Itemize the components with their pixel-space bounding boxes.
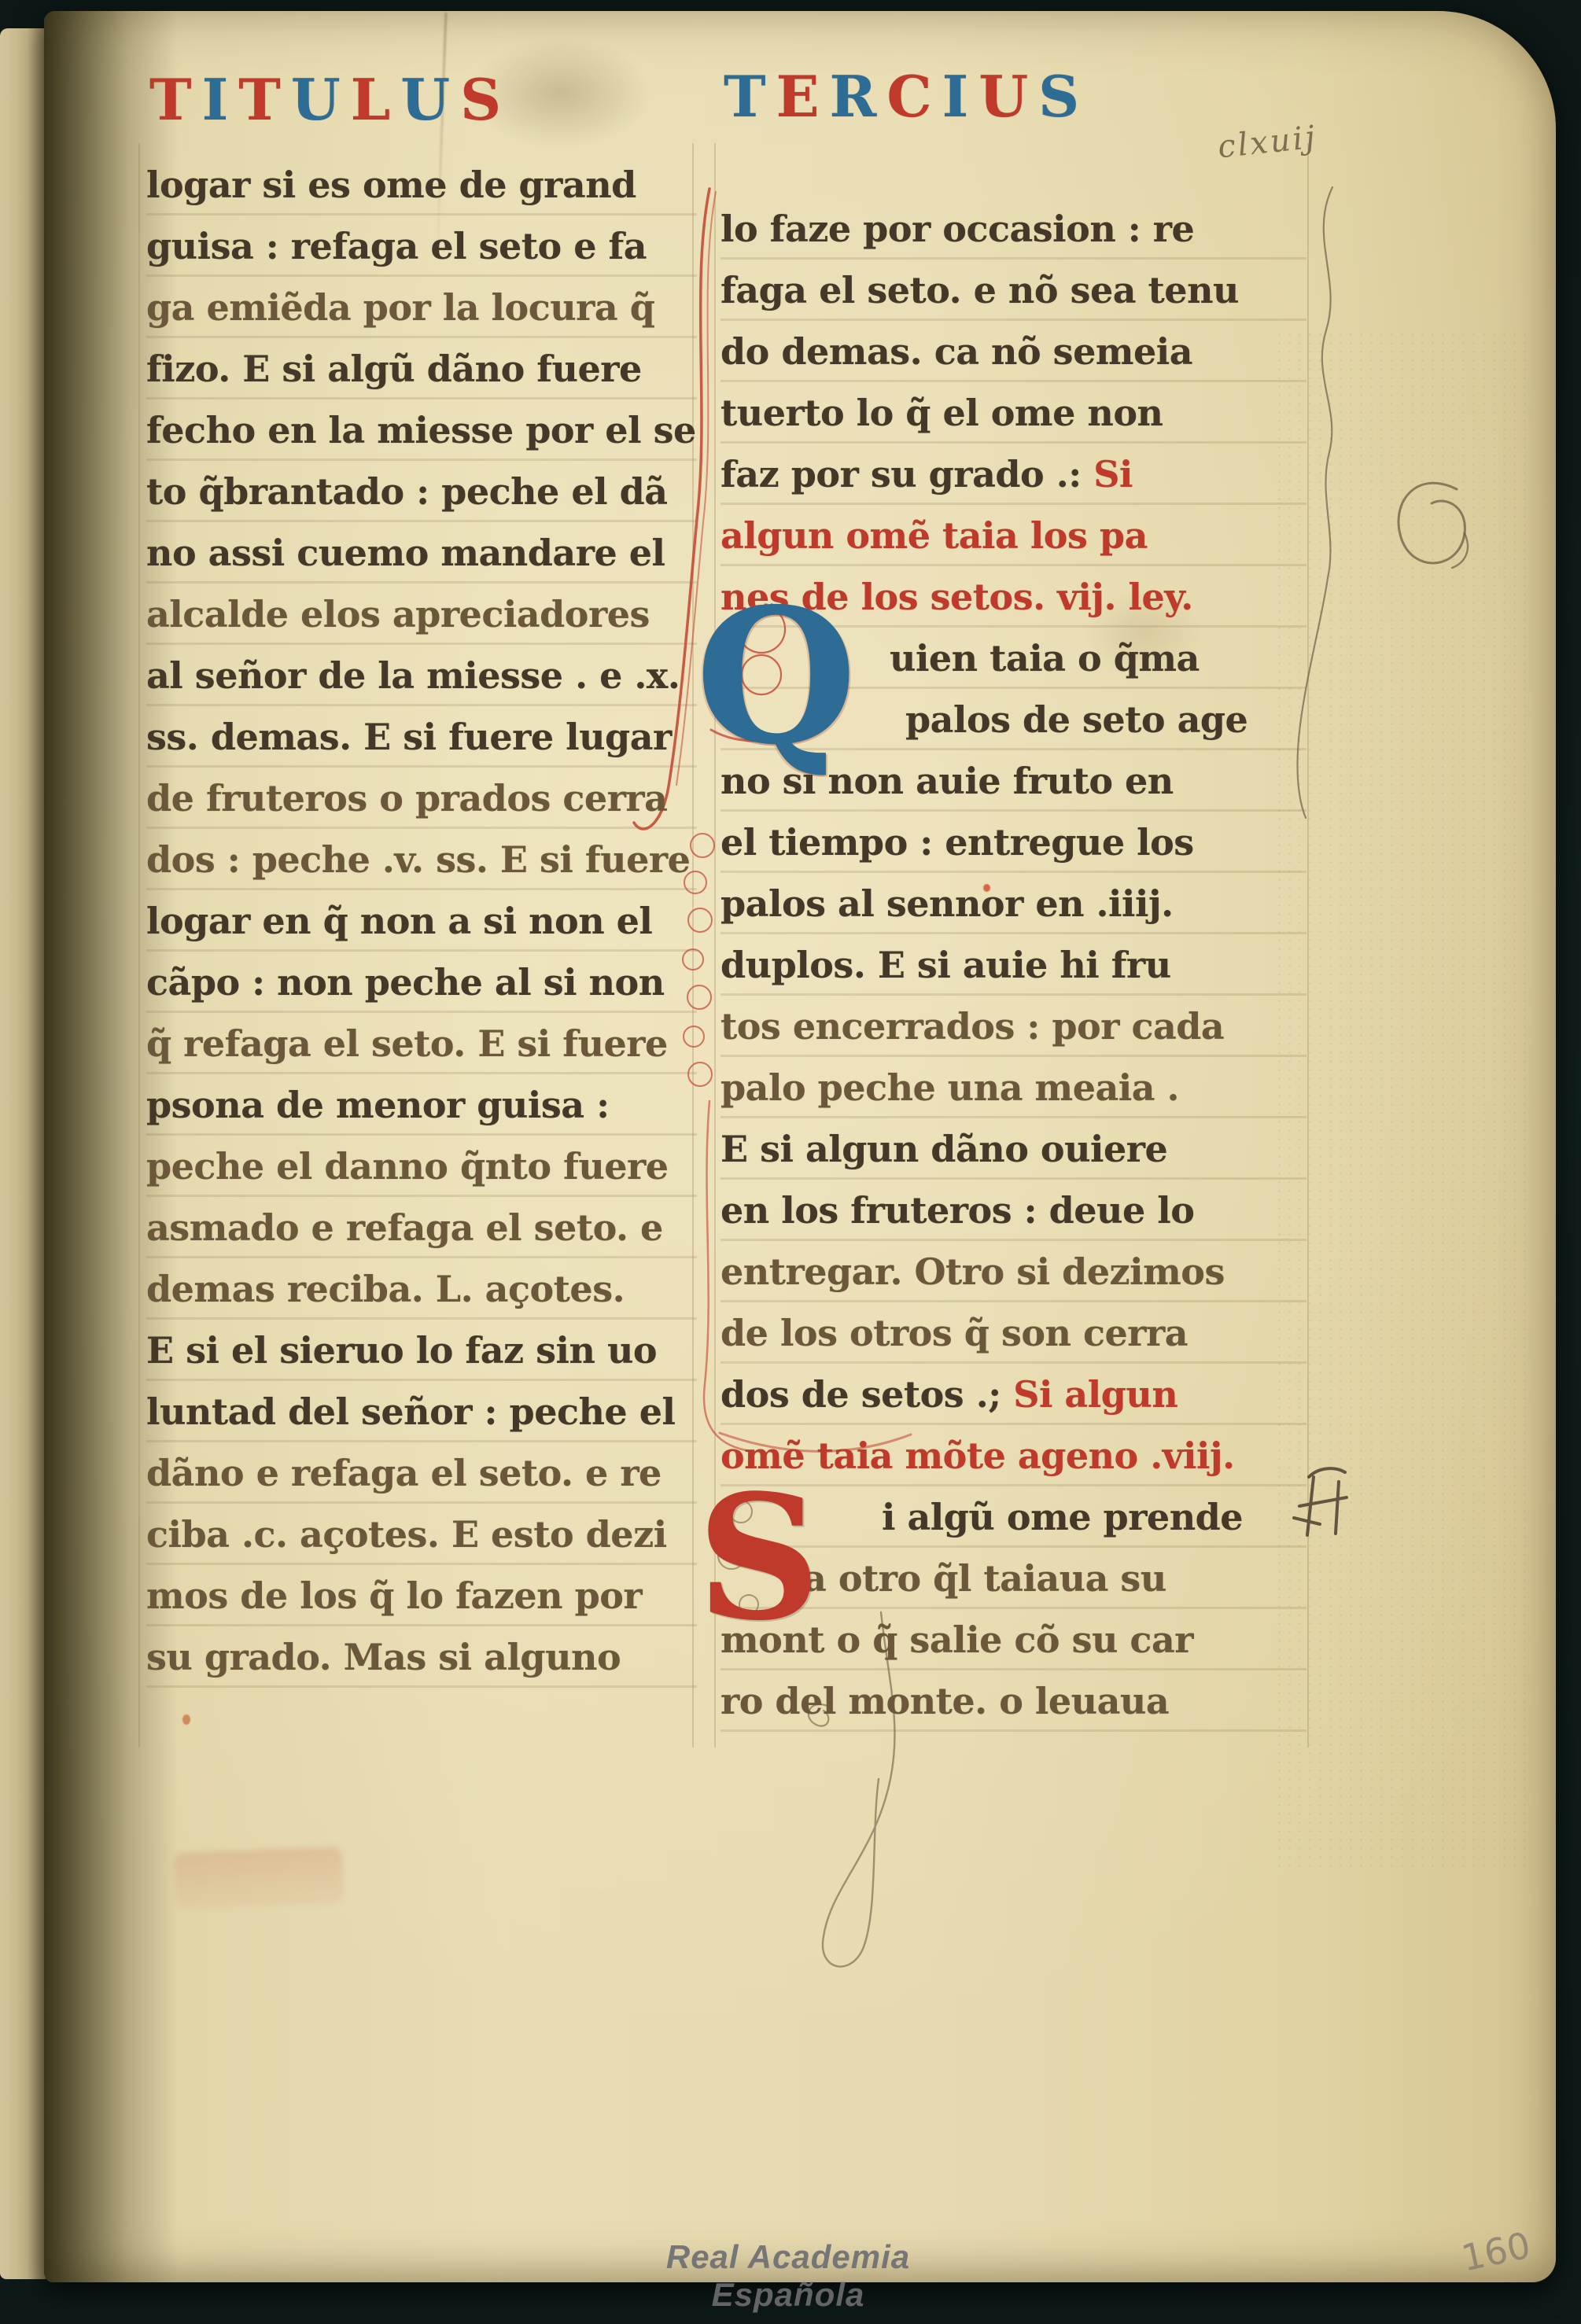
text-segment: uien taia o q̃ma — [890, 637, 1200, 680]
text-segment: cãpo : non peche al si non — [146, 961, 665, 1004]
header-letter: L — [351, 66, 392, 133]
text-line: su grado. Mas si alguno — [146, 1626, 697, 1688]
text-line: dos de setos .; Si algun — [720, 1364, 1306, 1425]
column-left: logar si es ome de grandguisa : refaga e… — [146, 154, 697, 1688]
text-segment: fecho en la miesse por el se — [146, 409, 696, 451]
text-line: tos encerrados : por cada — [720, 996, 1306, 1057]
header-letter: T — [238, 66, 282, 133]
text-segment: faz por su grado .: — [720, 453, 1093, 495]
text-line: al señor de la miesse . e .x. — [146, 645, 697, 706]
text-segment: entregar. Otro si dezimos — [720, 1250, 1225, 1293]
text-segment: E si el sieruo lo faz sin uo — [146, 1329, 657, 1372]
text-segment: q̃ refaga el seto. E si fuere — [146, 1022, 668, 1065]
text-segment: faga el seto. e nõ sea tenu — [720, 269, 1239, 311]
text-segment: guisa : refaga el seto e fa — [146, 225, 647, 267]
text-line: algun omẽ taia los pa — [720, 505, 1306, 566]
text-segment: logar en q̃ non a si non el — [146, 900, 652, 942]
text-segment: su grado. Mas si alguno — [146, 1636, 621, 1678]
header-letter: U — [291, 66, 342, 133]
header-right-word: TERCIUS — [724, 63, 1089, 134]
header-letter: S — [460, 66, 503, 133]
text-segment: asmado e refaga el seto. e — [146, 1206, 663, 1249]
text-line: logar en q̃ non a si non el — [146, 890, 697, 952]
text-segment: tuerto lo q̃ el ome non — [720, 392, 1163, 434]
header-letter: U — [978, 63, 1030, 130]
ink-spot — [182, 1714, 190, 1725]
text-line: demas reciba. L. açotes. — [146, 1258, 697, 1320]
text-segment: en los fruteros : deue lo — [720, 1189, 1194, 1232]
text-line: el tiempo : entregue los — [720, 812, 1306, 873]
header-left-word: TITULUS — [149, 66, 511, 137]
text-line: entregar. Otro si dezimos — [720, 1241, 1306, 1302]
text-segment: dos : peche .v. ss. E si fuere — [146, 838, 690, 881]
text-segment: Si algun — [1013, 1373, 1177, 1416]
header-letter: E — [776, 63, 821, 130]
text-segment: peche el danno q̃nto fuere — [146, 1145, 669, 1188]
text-segment: to q̃brantado : peche el dã — [146, 470, 668, 513]
text-segment: i algũ ome prende — [882, 1496, 1243, 1538]
text-line: ciba .c. açotes. E esto dezi — [146, 1504, 697, 1565]
text-line: fizo. E si algũ dãno fuere — [146, 338, 697, 400]
text-segment: Si — [1093, 453, 1133, 495]
header-letter: C — [886, 63, 933, 130]
header-letter: U — [400, 66, 451, 133]
text-line: peche el danno q̃nto fuere — [146, 1136, 697, 1197]
text-line: mos de los q̃ lo fazen por — [146, 1565, 697, 1626]
text-segment: alcalde elos apreciadores — [146, 593, 650, 635]
text-line: de los otros q̃ son cerra — [720, 1302, 1306, 1364]
header-letter: I — [942, 63, 971, 130]
header-letter: T — [149, 66, 193, 133]
text-line: de fruteros o prados cerra — [146, 768, 697, 829]
text-segment: el tiempo : entregue los — [720, 821, 1194, 864]
text-line: guisa : refaga el seto e fa — [146, 215, 697, 277]
text-line: faga el seto. e nõ sea tenu — [720, 260, 1306, 321]
text-segment: mos de los q̃ lo fazen por — [146, 1575, 642, 1617]
text-line: fecho en la miesse por el se — [146, 400, 697, 461]
text-line: cãpo : non peche al si non — [146, 952, 697, 1013]
decorated-initial-s: S — [697, 1472, 820, 1644]
text-line: luntad del señor : peche el — [146, 1381, 697, 1442]
text-segment: palo peche una meaia . — [720, 1066, 1179, 1109]
text-line: faz por su grado .: Si — [720, 444, 1306, 505]
ruling-line-vertical — [1307, 143, 1309, 1748]
text-segment: ga emiẽda por la locura q̃ — [146, 286, 654, 329]
text-line: do demas. ca nõ semeia — [720, 321, 1306, 382]
parchment-follicle-texture — [1274, 330, 1534, 1872]
text-segment: fizo. E si algũ dãno fuere — [146, 348, 642, 390]
facing-page-edge — [0, 28, 46, 2279]
header-letter: R — [829, 63, 878, 130]
ruling-line-vertical — [138, 143, 140, 1748]
photograph-background: TITULUS TERCIUS logar si es ome de grand… — [0, 0, 1581, 2324]
text-line: E si el sieruo lo faz sin uo — [146, 1320, 697, 1381]
text-line: dãno e refaga el seto. e re — [146, 1442, 697, 1504]
text-line: no assi cuemo mandare el — [146, 522, 697, 584]
text-segment: duplos. E si auie hi fru — [720, 944, 1171, 986]
text-segment: ciba .c. açotes. E esto dezi — [146, 1513, 667, 1556]
erased-red-annotation — [174, 1847, 344, 1909]
text-line: palos al sennor en .iiij. — [720, 873, 1306, 934]
text-segment: ss. demas. E si fuere lugar — [146, 716, 672, 758]
text-line: lo faze por occasion : re — [720, 198, 1306, 260]
text-segment: do demas. ca nõ semeia — [720, 330, 1192, 373]
text-segment: algun omẽ taia los pa — [720, 514, 1148, 557]
text-line: ga emiẽda por la locura q̃ — [146, 277, 697, 338]
text-segment: lo faze por occasion : re — [720, 208, 1194, 250]
text-line: ro del monte. o leuaua — [720, 1670, 1306, 1732]
header-letter: I — [202, 66, 230, 133]
text-line: en los fruteros : deue lo — [720, 1180, 1306, 1241]
text-line: duplos. E si auie hi fru — [720, 934, 1306, 996]
text-line: E si algun dãno ouiere — [720, 1118, 1306, 1180]
text-line: asmado e refaga el seto. e — [146, 1197, 697, 1258]
text-segment: de fruteros o prados cerra — [146, 777, 667, 819]
text-segment: palos al sennor en .iiij. — [720, 882, 1174, 925]
text-segment: a otro q̃l taiaua su — [803, 1557, 1166, 1600]
text-segment: de los otros q̃ son cerra — [720, 1312, 1188, 1354]
text-segment: ro del monte. o leuaua — [720, 1680, 1169, 1722]
text-segment: palos de seto age — [905, 698, 1247, 741]
text-line: dos : peche .v. ss. E si fuere — [146, 829, 697, 890]
text-line: q̃ refaga el seto. E si fuere — [146, 1013, 697, 1074]
text-line: psona de menor guisa : — [146, 1074, 697, 1136]
text-line: ss. demas. E si fuere lugar — [146, 706, 697, 768]
text-segment: demas reciba. L. açotes. — [146, 1268, 625, 1310]
decorated-initial-q: Q — [695, 584, 857, 769]
header-letter: S — [1038, 63, 1081, 130]
text-segment: no assi cuemo mandare el — [146, 532, 665, 574]
text-line: alcalde elos apreciadores — [146, 584, 697, 645]
text-line: palo peche una meaia . — [720, 1057, 1306, 1118]
text-line: to q̃brantado : peche el dã — [146, 461, 697, 522]
text-segment: dãno e refaga el seto. e re — [146, 1452, 662, 1494]
text-segment: al señor de la miesse . e .x. — [146, 654, 680, 697]
text-segment: luntad del señor : peche el — [146, 1390, 675, 1433]
text-line: tuerto lo q̃ el ome non — [720, 382, 1306, 444]
text-segment: logar si es ome de grand — [146, 164, 636, 206]
text-line: logar si es ome de grand — [146, 154, 697, 215]
text-segment: psona de menor guisa : — [146, 1084, 610, 1126]
text-segment: dos de setos .; — [720, 1373, 1013, 1416]
text-segment: tos encerrados : por cada — [720, 1005, 1224, 1048]
institution-watermark: Real Academia Española — [591, 2238, 985, 2314]
header-letter: T — [724, 63, 768, 130]
text-segment: E si algun dãno ouiere — [720, 1128, 1167, 1170]
